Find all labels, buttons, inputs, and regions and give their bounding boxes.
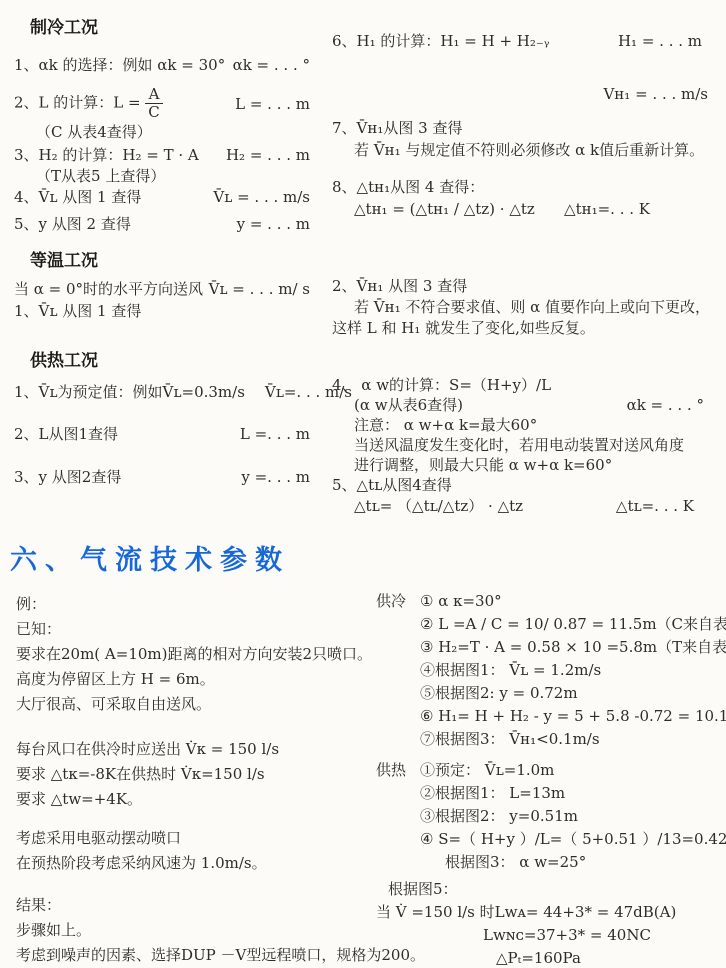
result-step: ③ H₂=T · A = 0.58 × 10 =5.8m（T来自表5） <box>420 636 726 659</box>
step-note: （T从表5 上查得） <box>36 166 352 186</box>
cooling-step-3: 3、H₂ 的计算：H₂ = T · A H₂ = . . . m （T从表5 上… <box>14 144 352 186</box>
example-line: 要求 △tᴋ=-8K在供热时 V̇ᴋ=150 l/s <box>16 762 378 787</box>
document-page: 制冷工况 1、αk 的选择：例如 αk = 30° αk = . . . ° 2… <box>0 0 726 968</box>
step-value: △tʟ=. . . K <box>616 495 694 517</box>
step-formula: △tʟ= （△tʟ/△tᴢ） · △tᴢ <box>354 495 523 517</box>
cooling-step-7: 7、V̄ʜ₁从图 3 查得 若 V̄ʜ₁ 与规定值不符则必须修改 α k值后重新… <box>332 117 724 161</box>
isothermal-step-1: 1、V̄ʟ 从图 1 查得 <box>14 300 352 322</box>
cooling-step-4: 4、V̄ʟ 从图 1 查得 V̄ʟ = . . . m/s <box>14 186 352 208</box>
result-step: ① α ᴋ=30° <box>420 590 726 613</box>
example-line: 要求 △tᴡ=+4K。 <box>16 787 378 812</box>
result-step: ②根据图1： L=13m <box>420 782 726 805</box>
cooling-step-5: 5、y 从图 2 查得 y = . . . m <box>14 213 352 235</box>
example-line: 大厅很高、可采取自由送风。 <box>16 692 378 717</box>
result-step: ③根据图2： y=0.51m <box>420 805 726 828</box>
example-line: 例： <box>16 592 378 617</box>
example-line: 要求在20m( A=10m)距离的相对方向安装2只喷口。 <box>16 642 378 667</box>
isothermal-step-2: 2、V̄ʜ₁ 从图 3 查得 若 V̄ʜ₁ 不符合要求值、则 α 值要作向上或向… <box>332 276 724 339</box>
step-label: 4、V̄ʟ 从图 1 查得 <box>14 186 141 208</box>
step-label: 2、L 的计算：L =AC <box>14 86 167 121</box>
step-sub-row: (α w从表6查得) αk = . . . ° <box>332 395 724 415</box>
step-label: 3、H₂ 的计算：H₂ = T · A <box>14 144 199 166</box>
step-label: 8、△tʜ₁从图 4 查得： <box>332 176 724 198</box>
heating-step-5: 5、△tʟ从图4查得 △tʟ= （△tʟ/△tᴢ） · △tᴢ △tʟ=. . … <box>332 475 724 517</box>
example-line: 在预热阶段考虑采纳风速为 1.0m/s。 <box>16 851 378 876</box>
step-label: 6、H₁ 的计算：H₁ = H + H₂₋ᵧ <box>332 30 549 52</box>
results-cooling-group: 供冷 ① α ᴋ=30° ② L =A / C = 10/ 0.87 = 11.… <box>376 590 726 751</box>
fraction: AC <box>145 86 164 121</box>
step-label: 当 α = 0°时的水平方向送风 <box>14 278 203 300</box>
step-label: 3、y 从图2查得 <box>14 466 121 488</box>
step-value: L =. . . m <box>240 423 310 445</box>
fraction-numerator: A <box>145 86 164 104</box>
fig5-line: △Pₜ=160Pa <box>496 947 726 968</box>
step-note: 若 V̄ʜ₁ 不符合要求值、则 α 值要作向上或向下更改， <box>354 297 724 318</box>
cooling-procedure-column: 制冷工况 1、αk 的选择：例如 αk = 30° αk = . . . ° 2… <box>14 16 352 488</box>
results-cooling-steps: ① α ᴋ=30° ② L =A / C = 10/ 0.87 = 11.5m（… <box>420 590 726 751</box>
example-line: 高度为停留区上方 H = 6m。 <box>16 667 378 692</box>
step-main: 3、H₂ 的计算：H₂ = T · A H₂ = . . . m <box>14 144 352 166</box>
step-value: V̄ʟ = . . . m/ s <box>209 278 310 300</box>
example-line: 结果： <box>16 893 378 918</box>
step-label: 2、V̄ʜ₁ 从图 3 查得 <box>332 276 724 297</box>
step-note: 这样 L 和 H₁ 就发生了变化,如些反复。 <box>332 318 724 339</box>
result-step: ④根据图1： V̄ʟ = 1.2m/s <box>420 659 726 682</box>
fig5-line: 当 V̇ =150 l/s 时Lᴡᴀ= 44+3* = 47dB(A) <box>376 901 726 924</box>
step-note: 进行调整，则最大只能 α w+α k=60° <box>354 455 724 475</box>
step-label: 5、y 从图 2 查得 <box>14 213 131 235</box>
cooling-step-6: 6、H₁ 的计算：H₁ = H + H₂₋ᵧ H₁ = . . . m <box>332 30 724 52</box>
step-value: H₂ = . . . m <box>226 144 310 166</box>
results-heating-steps: ①预定： V̄ʟ=1.0m ②根据图1： L=13m ③根据图2： y=0.51… <box>420 759 726 874</box>
example-line: 步骤如上。 <box>16 918 378 943</box>
results-heating-label: 供热 <box>376 759 420 874</box>
step-value: L = . . . m <box>235 93 310 115</box>
isothermal-condition-heading: 等温工况 <box>30 249 352 273</box>
heating-condition-heading: 供热工况 <box>30 349 352 373</box>
step-value: αk = . . . ° <box>627 395 704 415</box>
result-step: ⑥ H₁= H + H₂ - y = 5 + 5.8 -0.72 = 10.1m <box>420 705 726 728</box>
example-line: 每台风口在供冷时应送出 V̇ᴋ = 150 l/s <box>16 737 378 762</box>
results-heating-group: 供热 ①预定： V̄ʟ=1.0m ②根据图1： L=13m ③根据图2： y=0… <box>376 759 726 874</box>
step-label: 1、αk 的选择：例如 αk = 30° <box>14 54 225 76</box>
example-line: 已知： <box>16 617 378 642</box>
step-note: （C 从表4查得） <box>36 122 352 142</box>
step-value: △tʜ₁=. . . K <box>564 198 650 220</box>
step-value: H₁ = . . . m <box>618 30 702 52</box>
fig5-heading: 根据图5： <box>388 878 726 901</box>
formula-prefix: 2、L 的计算：L = <box>14 94 141 112</box>
heating-step-4: 4、 α w的计算：S=（H+y）/L (α w从表6查得) αk = . . … <box>332 375 724 475</box>
isothermal-step-intro: 当 α = 0°时的水平方向送风 V̄ʟ = . . . m/ s <box>14 278 352 300</box>
heating-step-2: 2、L从图1查得 L =. . . m <box>14 423 352 445</box>
cooling-step-1: 1、αk 的选择：例如 αk = 30° αk = . . . ° <box>14 54 352 76</box>
result-step: ①预定： V̄ʟ=1.0m <box>420 759 726 782</box>
step-formula-row: △tʜ₁ = (△tʜ₁ / △tᴢ) · △tᴢ △tʜ₁=. . . K <box>332 198 724 220</box>
step-label: 1、V̄ʟ为预定值：例如V̄ʟ=0.3m/s <box>14 381 245 403</box>
procedure-right-column: 6、H₁ 的计算：H₁ = H + H₂₋ᵧ H₁ = . . . m Vʜ₁ … <box>332 30 724 517</box>
results-cooling-label: 供冷 <box>376 590 420 751</box>
result-step: ⑤根据图2: y = 0.72m <box>420 682 726 705</box>
step-formula: △tʜ₁ = (△tʜ₁ / △tᴢ) · △tᴢ <box>354 198 535 220</box>
step-value: y =. . . m <box>241 466 310 488</box>
fig5-line: Lᴡɴᴄ=37+3* = 40NC <box>483 924 726 947</box>
heating-step-1: 1、V̄ʟ为预定值：例如V̄ʟ=0.3m/s V̄ʟ=. . . m/s <box>14 381 352 403</box>
step-note: 若 V̄ʜ₁ 与规定值不符则必须修改 α k值后重新计算。 <box>354 139 724 161</box>
step-value: V̄ʟ = . . . m/s <box>213 186 310 208</box>
step-note: 当送风温度发生变化时，若用电动装置对送风角度 <box>354 435 724 455</box>
result-step: ② L =A / C = 10/ 0.87 = 11.5m（C来自表4） <box>420 613 726 636</box>
results-column: 供冷 ① α ᴋ=30° ② L =A / C = 10/ 0.87 = 11.… <box>376 590 726 968</box>
example-column: 例： 已知： 要求在20m( A=10m)距离的相对方向安装2只喷口。 高度为停… <box>16 592 378 968</box>
step-value: αk = . . . ° <box>233 54 310 76</box>
heating-step-3: 3、y 从图2查得 y =. . . m <box>14 466 352 488</box>
example-line: 考虑采用电驱动摆动喷口 <box>16 826 378 851</box>
step-label: 7、V̄ʜ₁从图 3 查得 <box>332 117 724 139</box>
step-label: 5、△tʟ从图4查得 <box>332 475 724 495</box>
example-line: 考虑到噪声的因素、选择DUP －V型远程喷口，规格为200。 <box>16 943 378 968</box>
step-formula-row: △tʟ= （△tʟ/△tᴢ） · △tᴢ △tʟ=. . . K <box>332 495 724 517</box>
fraction-denominator: C <box>145 104 164 121</box>
step-note: 注意： α w+α k=最大60° <box>354 415 724 435</box>
result-step: ⑦根据图3： V̄ʜ₁<0.1m/s <box>420 728 726 751</box>
cooling-step-2: 2、L 的计算：L =AC L = . . . m （C 从表4查得） <box>14 86 352 142</box>
result-step: ④ S=（ H+y ）/L=（ 5+0.51 ）/13=0.42 <box>420 828 726 851</box>
step-label: 2、L从图1查得 <box>14 423 118 445</box>
step-value: y = . . . m <box>237 213 310 235</box>
cooling-condition-heading: 制冷工况 <box>30 16 352 40</box>
section-title: 六、气流技术参数 <box>10 538 290 577</box>
step-note: (α w从表6查得) <box>354 395 463 415</box>
result-step-note: 根据图3： α w=25° <box>445 851 726 874</box>
step-main: 2、L 的计算：L =AC L = . . . m <box>14 86 352 121</box>
cooling-step-8: 8、△tʜ₁从图 4 查得： △tʜ₁ = (△tʜ₁ / △tᴢ) · △tᴢ… <box>332 176 724 220</box>
step-label: 4、 α w的计算：S=（H+y）/L <box>332 375 724 395</box>
vh1-value: Vʜ₁ = . . . m/s <box>332 83 724 105</box>
